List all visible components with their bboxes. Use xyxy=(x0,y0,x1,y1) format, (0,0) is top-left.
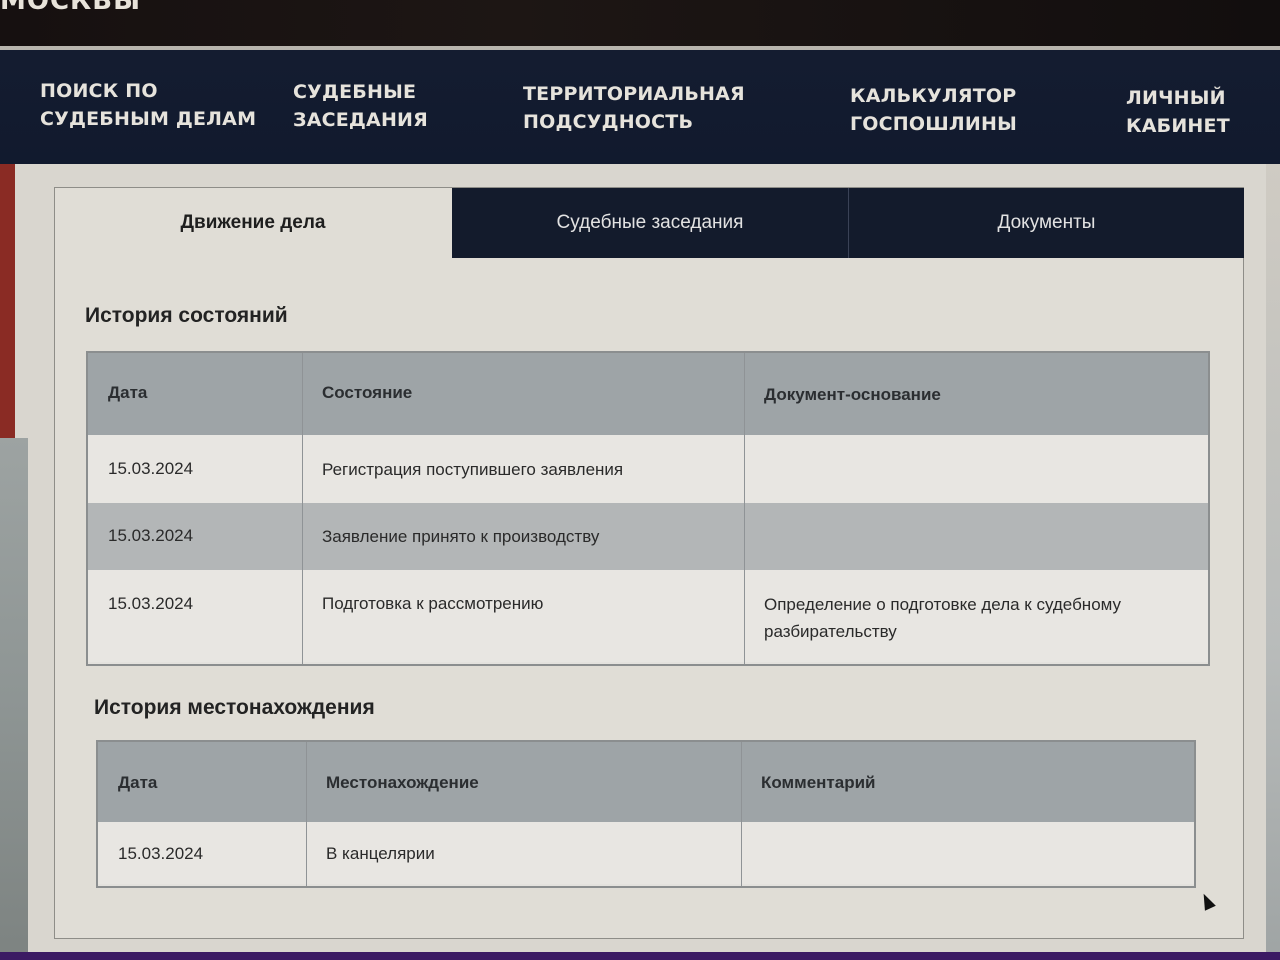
cell-location: В канцелярии xyxy=(306,822,741,884)
table-header-row: Дата Местонахождение Комментарий xyxy=(98,742,1194,822)
nav-item-label: СУДЕБНЫМ ДЕЛАМ xyxy=(40,105,256,133)
location-history-table: Дата Местонахождение Комментарий 15.03.2… xyxy=(96,740,1196,888)
table-row: 15.03.2024 В канцелярии xyxy=(98,822,1194,884)
location-history-title: История местонахождения xyxy=(94,696,375,720)
column-divider xyxy=(302,353,303,664)
column-header-comment: Комментарий xyxy=(741,742,1192,822)
decorative-background-right xyxy=(1266,164,1280,960)
status-history-title: История состояний xyxy=(85,304,288,328)
cell-basis-document xyxy=(744,435,1206,503)
nav-item-jurisdiction[interactable]: ТЕРРИТОРИАЛЬНАЯ ПОДСУДНОСТЬ xyxy=(523,80,745,136)
column-divider xyxy=(744,353,745,664)
nav-item-label: ТЕРРИТОРИАЛЬНАЯ xyxy=(523,80,745,108)
case-tabs: Движение дела Судебные заседания Докумен… xyxy=(54,188,1244,258)
cell-state: Заявление принято к производству xyxy=(302,503,744,570)
tab-case-movement[interactable]: Движение дела xyxy=(54,188,452,258)
column-header-basis-document: Документ-основание xyxy=(744,353,1206,435)
screen-bottom-edge xyxy=(0,952,1280,960)
nav-item-personal-account[interactable]: ЛИЧНЫЙ КАБИНЕТ xyxy=(1126,84,1230,140)
cell-state: Регистрация поступившего заявления xyxy=(302,435,744,503)
nav-item-label: ПОДСУДНОСТЬ xyxy=(523,108,745,136)
column-header-location: Местонахождение xyxy=(306,742,741,822)
nav-item-label: ПОИСК ПО xyxy=(40,77,256,105)
column-header-date: Дата xyxy=(98,742,306,822)
cell-basis-document xyxy=(744,503,1206,570)
nav-item-label: ГОСПОШЛИНЫ xyxy=(850,110,1017,138)
table-row: 15.03.2024 Заявление принято к производс… xyxy=(88,503,1208,570)
table-header-row: Дата Состояние Документ-основание xyxy=(88,353,1208,435)
column-divider xyxy=(741,742,742,886)
column-header-state: Состояние xyxy=(302,353,744,435)
nav-item-label: КАБИНЕТ xyxy=(1126,112,1230,140)
status-history-table: Дата Состояние Документ-основание 15.03.… xyxy=(86,351,1210,666)
nav-item-fee-calculator[interactable]: КАЛЬКУЛЯТОР ГОСПОШЛИНЫ xyxy=(850,82,1017,138)
table-row: 15.03.2024 Регистрация поступившего заяв… xyxy=(88,435,1208,503)
nav-item-case-search[interactable]: ПОИСК ПО СУДЕБНЫМ ДЕЛАМ xyxy=(40,77,256,133)
column-header-date: Дата xyxy=(88,353,302,435)
cell-basis-document: Определение о подготовке дела к судебном… xyxy=(744,570,1206,662)
main-navigation: ПОИСК ПО СУДЕБНЫМ ДЕЛАМ СУДЕБНЫЕ ЗАСЕДАН… xyxy=(0,50,1280,164)
site-header: МОСКВЫ xyxy=(0,0,1280,46)
nav-item-label: ЗАСЕДАНИЯ xyxy=(293,106,428,134)
cell-comment xyxy=(741,822,1192,884)
nav-item-label: КАЛЬКУЛЯТОР xyxy=(850,82,1017,110)
cell-date: 15.03.2024 xyxy=(98,822,306,884)
nav-item-label: СУДЕБНЫЕ xyxy=(293,78,428,106)
cell-date: 15.03.2024 xyxy=(88,503,302,570)
column-divider xyxy=(306,742,307,886)
decorative-side-banner xyxy=(0,164,15,438)
nav-item-court-sessions[interactable]: СУДЕБНЫЕ ЗАСЕДАНИЯ xyxy=(293,78,428,134)
site-title: МОСКВЫ xyxy=(0,0,141,16)
cell-date: 15.03.2024 xyxy=(88,570,302,662)
decorative-background-image xyxy=(0,438,28,960)
tab-documents[interactable]: Документы xyxy=(848,188,1244,258)
cell-state: Подготовка к рассмотрению xyxy=(302,570,744,662)
tab-court-sessions[interactable]: Судебные заседания xyxy=(452,188,848,258)
table-row: 15.03.2024 Подготовка к рассмотрению Опр… xyxy=(88,570,1208,662)
cell-date: 15.03.2024 xyxy=(88,435,302,503)
nav-item-label: ЛИЧНЫЙ xyxy=(1126,84,1230,112)
